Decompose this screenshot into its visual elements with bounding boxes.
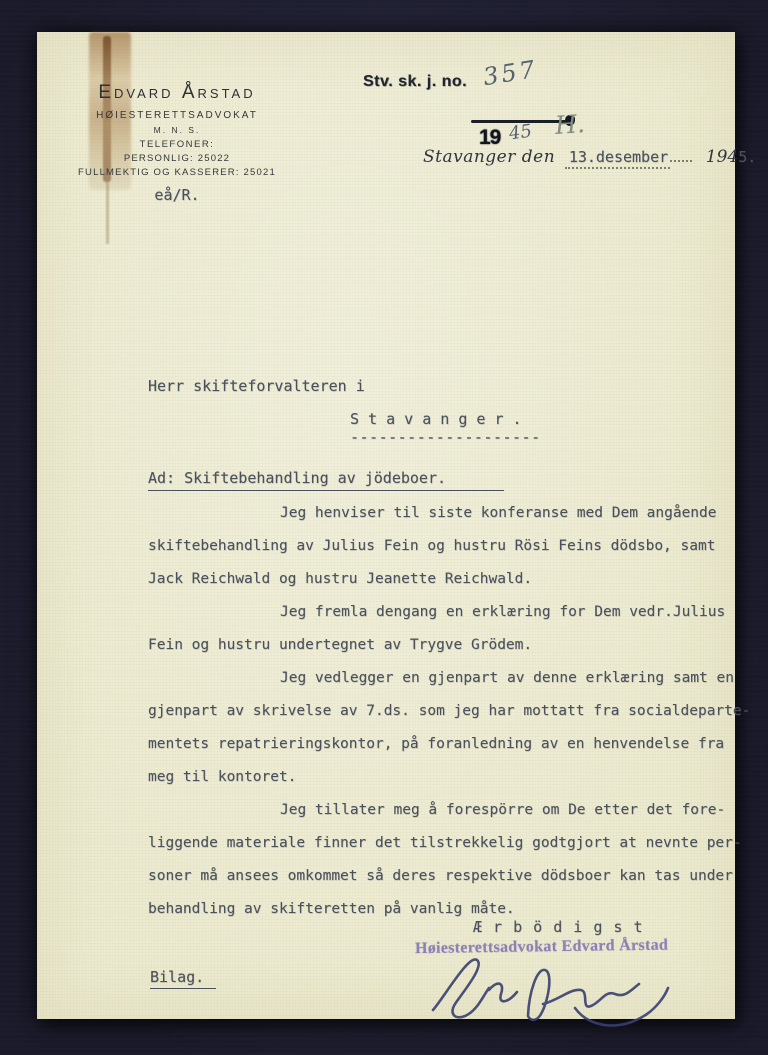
enclosure-note: Bilag. — [150, 968, 216, 989]
body-line: Jack Reichwald og hustru Jeanette Reichw… — [148, 571, 738, 604]
body-line: Fein og hustru undertegnet av Trygve Grö… — [148, 637, 738, 670]
recipient-city-underline: -------------------- — [350, 428, 541, 446]
journal-number-handwritten: 357 — [481, 55, 540, 91]
letterhead-title: HØIESTERETTSADVOKAT — [55, 110, 299, 121]
recipient-city: S t a v a n g e r . — [350, 410, 522, 428]
dateline: Stavanger den 13.desember 1945. — [423, 146, 756, 167]
dateline-date: 13.desember — [565, 148, 670, 169]
clerk-initial: H. — [554, 109, 586, 140]
journal-year-handwritten: 45 — [508, 121, 534, 145]
body-line: Jeg tillater meg å forespörre om De ette… — [148, 802, 738, 835]
body-line: meg til kontoret. — [148, 769, 738, 802]
body-line: liggende materiale finner det tilstrekke… — [148, 835, 738, 868]
letterhead: Edvard Årstad HØIESTERETTSADVOKAT M. N. … — [55, 82, 299, 204]
journal-stamp-label: Stv. sk. j. no. — [363, 73, 467, 91]
body-line: Jeg fremla dengang en erklæring for Dem … — [148, 604, 738, 637]
dateline-year-printed: 194 — [706, 147, 738, 167]
body-line: behandling av skifteretten på vanlig måt… — [148, 901, 738, 934]
body-line: Jeg vedlegger en gjenpart av denne erklæ… — [148, 670, 738, 703]
body-line: Jeg henviser til siste konferanse med De… — [148, 505, 738, 538]
recipient-line: Herr skifteforvalteren i — [148, 377, 365, 395]
letterhead-name: Edvard Årstad — [55, 82, 299, 104]
dateline-place: Stavanger den — [423, 147, 555, 167]
letterhead-phones-label: TELEFONER: — [55, 139, 299, 150]
reference-code: eå/R. — [55, 186, 299, 204]
dateline-year-typed: 5. — [738, 148, 756, 166]
letter-page: Edvard Årstad HØIESTERETTSADVOKAT M. N. … — [37, 32, 735, 1019]
body-line: mentets repatrieringskontor, på foranled… — [148, 736, 738, 769]
valediction: Æ r b ö d i g s t — [473, 918, 644, 936]
body-line: gjenpart av skrivelse av 7.ds. som jeg h… — [148, 703, 738, 736]
body-line: soner må ansees omkommet så deres respek… — [148, 868, 738, 901]
letterhead-phone-clerk: FULLMEKTIG OG KASSERER: 25021 — [55, 167, 299, 178]
journal-number-stamp: Stv. sk. j. no. 357 19 45 H. — [359, 62, 659, 152]
body-line: skiftebehandling av Julius Fein og hustr… — [148, 538, 738, 571]
letter-body: Jeg henviser til siste konferanse med De… — [148, 505, 738, 934]
dotted-leader — [670, 146, 692, 162]
subject-line: Ad: Skiftebehandling av jödeboer. — [148, 469, 504, 491]
letterhead-membership: M. N. S. — [55, 125, 299, 135]
letterhead-phone-personal: PERSONLIG: 25022 — [55, 153, 299, 164]
signature — [425, 944, 675, 1039]
